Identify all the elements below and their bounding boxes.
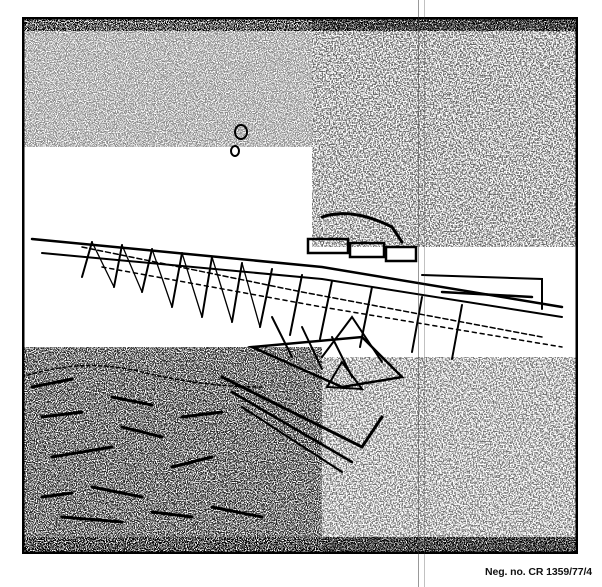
negative-number-caption: Neg. no. CR 1359/77/4 [485, 566, 592, 578]
scan-artifact-line [418, 0, 419, 587]
bridge-collapse-image [22, 17, 578, 554]
scan-artifact-line [424, 0, 425, 587]
photograph [22, 17, 578, 554]
